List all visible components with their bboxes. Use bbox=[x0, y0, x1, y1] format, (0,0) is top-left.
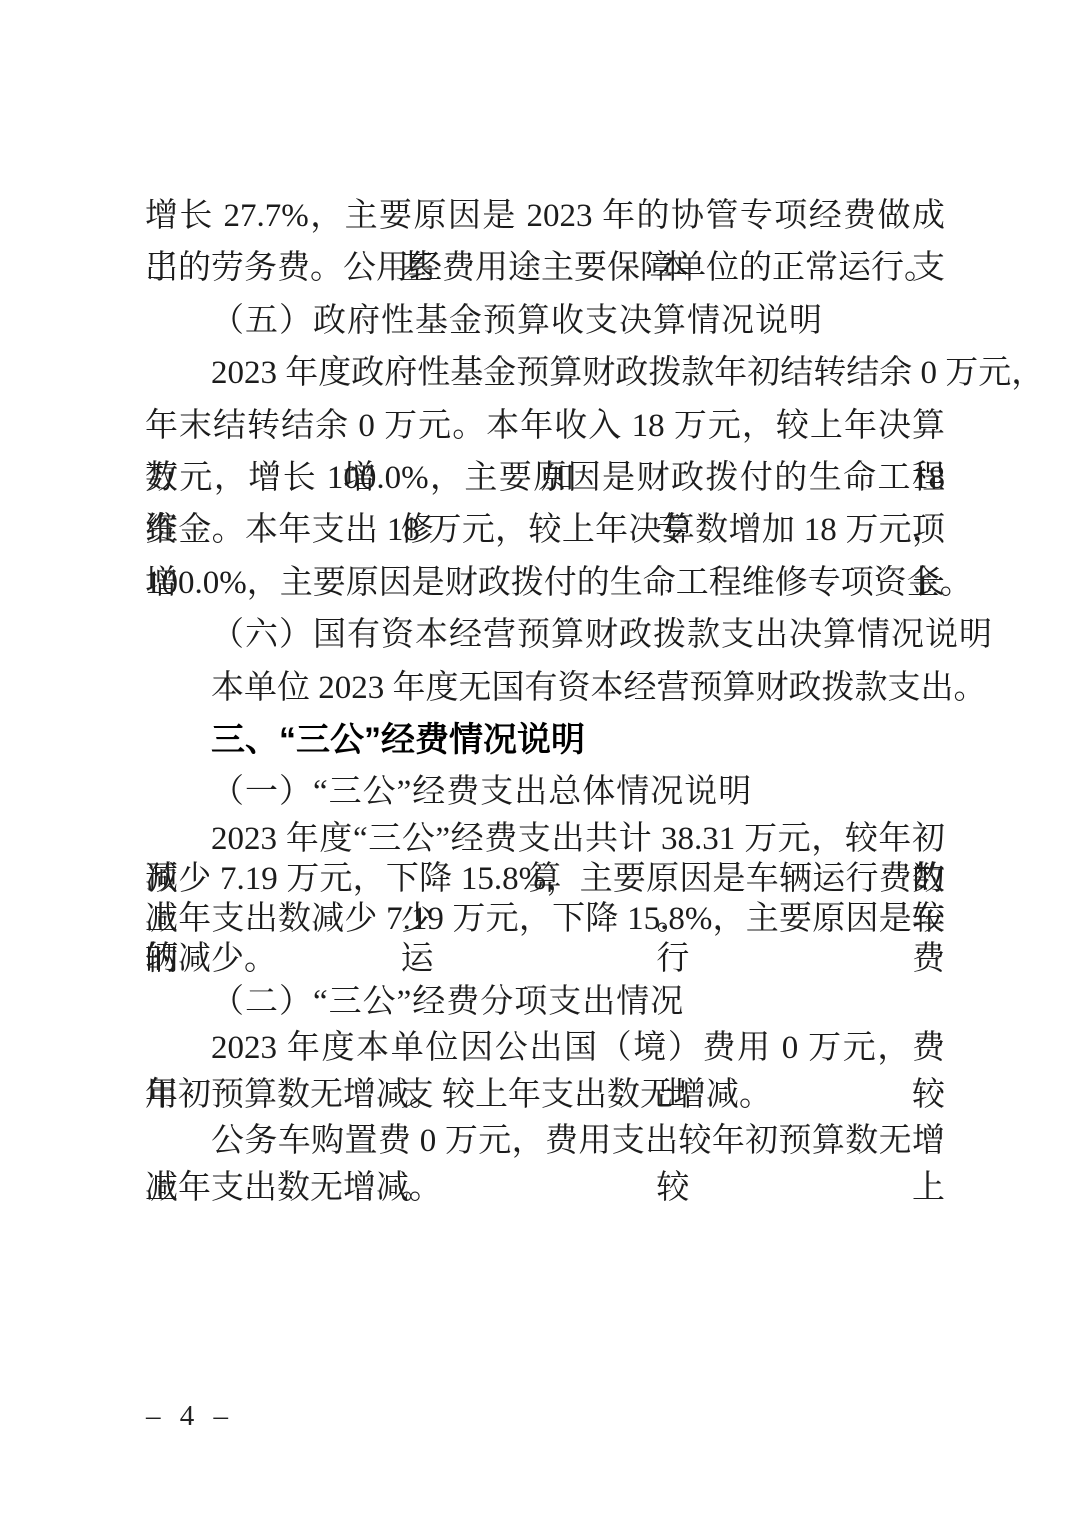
text-line: 上年支出数减少 7.19 万元，下降 15.8%，主要原因是车辆运行费 bbox=[145, 899, 945, 939]
section-heading: （六）国有资本经营预算财政拨款支出决算情况说明 bbox=[145, 609, 945, 661]
text-line: 本单位 2023 年度无国有资本经营预算财政拨款支出。 bbox=[145, 662, 945, 714]
text-line: 2023 年度“三公”经费支出共计 38.31 万元，较年初预算数 bbox=[145, 819, 945, 859]
text-line: 增长 27.7%，主要原因是 2023 年的协管专项经费做成了基本支 bbox=[145, 190, 945, 242]
text-line: 2023 年度本单位因公出国（境）费用 0 万元，费用支出较 bbox=[145, 1025, 945, 1072]
text-line: 2023 年度政府性基金预算财政拨款年初结转结余 0 万元， bbox=[145, 347, 945, 399]
section-heading: （二）“三公”经费分项支出情况 bbox=[145, 979, 945, 1026]
text-line: 100.0%，主要原因是财政拨付的生命工程维修专项资金。 bbox=[145, 557, 945, 609]
text-line: 公务车购置费 0 万元，费用支出较年初预算数无增减。较上 bbox=[145, 1118, 945, 1165]
page-number: – 4 – bbox=[146, 1400, 234, 1433]
text-line: 资金。本年支出 18 万元，较上年决算数增加 18 万元，增长 bbox=[145, 504, 945, 556]
chapter-heading: 三、“三公”经费情况说明 bbox=[145, 714, 945, 766]
document-body: 增长 27.7%，主要原因是 2023 年的协管专项经费做成了基本支出的劳务费。… bbox=[145, 190, 945, 1211]
text-line: 万元，增长 100.0%，主要原因是财政拨付的生命工程维修专项 bbox=[145, 452, 945, 504]
section-heading: （一）“三公”经费支出总体情况说明 bbox=[145, 766, 945, 818]
document-page: 增长 27.7%，主要原因是 2023 年的协管专项经费做成了基本支出的劳务费。… bbox=[0, 0, 1075, 1520]
text-line: 出的劳务费。公用经费用途主要保障单位的正常运行。 bbox=[145, 242, 945, 294]
section-heading: （五）政府性基金预算收支决算情况说明 bbox=[145, 295, 945, 347]
text-line: 年末结转结余 0 万元。本年收入 18 万元，较上年决算数增加 18 bbox=[145, 400, 945, 452]
text-line: 减少 7.19 万元，下降 15.8%，主要原因是车辆运行费的减少。较 bbox=[145, 859, 945, 899]
